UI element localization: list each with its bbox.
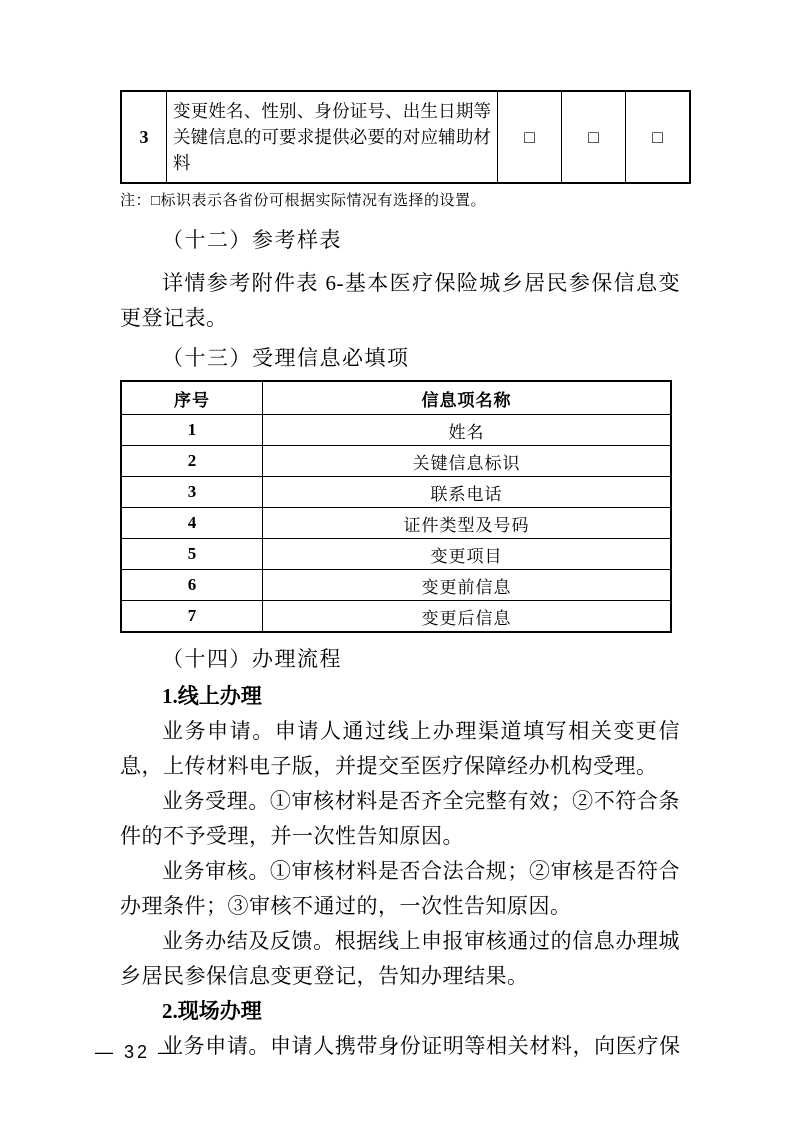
cell-name: 变更项目 xyxy=(263,539,672,570)
row-description: 变更姓名、性别、身份证号、出生日期等关键信息的可要求提供必要的对应辅助材料 xyxy=(167,91,498,183)
column-header-index: 序号 xyxy=(121,381,263,415)
paragraph-online-review: 业务审核。①审核材料是否合法合规；②审核是否符合办理条件；③审核不通过的，一次性… xyxy=(120,854,680,924)
table-footnote: 注：□标识表示各省份可根据实际情况有选择的设置。 xyxy=(120,189,680,210)
table-row: 6 变更前信息 xyxy=(121,570,671,601)
checkbox-icon: □ xyxy=(588,127,599,147)
cell-name: 证件类型及号码 xyxy=(263,508,672,539)
cell-name: 变更前信息 xyxy=(263,570,672,601)
cell-name: 姓名 xyxy=(263,415,672,446)
section-heading-12: （十二）参考样表 xyxy=(120,226,680,254)
paragraph-online-accept: 业务受理。①审核材料是否齐全完整有效；②不符合条件的不予受理，并一次性告知原因。 xyxy=(120,784,680,854)
subsection-onsite-title: 2.现场办理 xyxy=(120,994,680,1029)
table-header-row: 序号 信息项名称 xyxy=(121,381,671,415)
cell-name: 联系电话 xyxy=(263,477,672,508)
table-row: 3 变更姓名、性别、身份证号、出生日期等关键信息的可要求提供必要的对应辅助材料 … xyxy=(121,91,690,183)
checkbox-cell-2: □ xyxy=(562,91,626,183)
subsection-online-title: 1.线上办理 xyxy=(120,679,680,714)
table-row: 2 关键信息标识 xyxy=(121,446,671,477)
table-row: 4 证件类型及号码 xyxy=(121,508,671,539)
paragraph-onsite-apply: 业务申请。申请人携带身份证明等相关材料，向医疗保 xyxy=(120,1029,680,1064)
section-heading-13: （十三）受理信息必填项 xyxy=(120,344,680,372)
document-page: 3 变更姓名、性别、身份证号、出生日期等关键信息的可要求提供必要的对应辅助材料 … xyxy=(0,0,793,1122)
cell-index: 3 xyxy=(121,477,263,508)
cell-index: 6 xyxy=(121,570,263,601)
auxiliary-material-table: 3 变更姓名、性别、身份证号、出生日期等关键信息的可要求提供必要的对应辅助材料 … xyxy=(120,90,691,184)
table-row: 3 联系电话 xyxy=(121,477,671,508)
cell-index: 1 xyxy=(121,415,263,446)
cell-index: 5 xyxy=(121,539,263,570)
page-content: 3 变更姓名、性别、身份证号、出生日期等关键信息的可要求提供必要的对应辅助材料 … xyxy=(120,90,680,1064)
paragraph-online-apply: 业务申请。申请人通过线上办理渠道填写相关变更信息，上传材料电子版，并提交至医疗保… xyxy=(120,714,680,784)
paragraph-reference-form: 详情参考附件表 6-基本医疗保险城乡居民参保信息变更登记表。 xyxy=(120,266,680,336)
cell-index: 7 xyxy=(121,601,263,633)
paragraph-online-feedback: 业务办结及反馈。根据线上申报审核通过的信息办理城乡居民参保信息变更登记，告知办理… xyxy=(120,924,680,994)
table-row: 7 变更后信息 xyxy=(121,601,671,633)
cell-index: 4 xyxy=(121,508,263,539)
cell-name: 变更后信息 xyxy=(263,601,672,633)
table-row: 1 姓名 xyxy=(121,415,671,446)
checkbox-cell-3: □ xyxy=(626,91,691,183)
cell-index: 2 xyxy=(121,446,263,477)
row-index: 3 xyxy=(121,91,167,183)
cell-name: 关键信息标识 xyxy=(263,446,672,477)
required-info-table: 序号 信息项名称 1 姓名 2 关键信息标识 3 联系电话 4 xyxy=(120,380,672,633)
checkbox-icon: □ xyxy=(524,127,535,147)
checkbox-cell-1: □ xyxy=(498,91,562,183)
table-row: 5 变更项目 xyxy=(121,539,671,570)
checkbox-icon: □ xyxy=(652,127,663,147)
column-header-name: 信息项名称 xyxy=(263,381,672,415)
page-number: — 32 — xyxy=(95,1042,179,1063)
section-heading-14: （十四）办理流程 xyxy=(120,645,680,673)
